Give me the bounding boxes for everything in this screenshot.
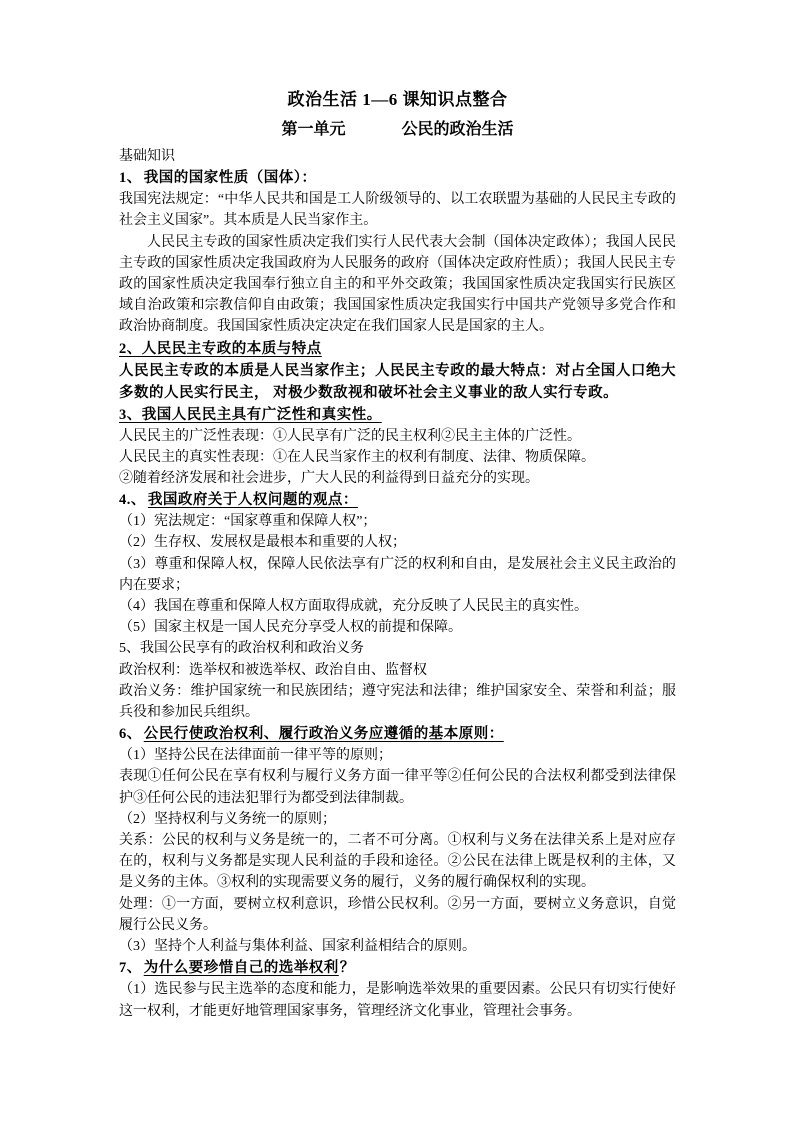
- paragraph-text: 3、我国人民民主具有广泛性和真实性。: [119, 407, 382, 423]
- paragraph-text: （5）国家主权是一国人民充分享受人权的前提和保障。: [119, 620, 462, 635]
- unit-heading-right: 公民的政治生活: [402, 119, 514, 141]
- paragraph: 人民民主的真实性表现：①在人民当家作主的权利有制度、法律、物质保障。: [119, 447, 676, 468]
- section-number: 7、: [119, 960, 142, 976]
- paragraph-text: 基础知识: [119, 149, 175, 164]
- paragraph: （4）我国在尊重和保障人权方面取得成就，充分反映了人民民主的真实性。: [119, 596, 676, 617]
- section-number: 6、: [119, 726, 142, 742]
- paragraph-text: 人民民主专政的本质是人民当家作主；人民民主专政的最大特点：对占全国人口绝大多数的…: [119, 363, 676, 401]
- paragraph: （1）选民参与民主选举的态度和能力，是影响选举效果的重要因素。公民只有切实行使好…: [119, 979, 676, 1021]
- paragraph-text: 政治义务：维护国家统一和民族团结；遵守宪法和法律；维护国家安全、荣誉和利益；服兵…: [119, 684, 676, 720]
- paragraph-text: （2）坚持权利与义务统一的原则；: [119, 812, 336, 827]
- paragraph: （2）生存权、发展权是最根本和重要的人权；: [119, 532, 676, 553]
- paragraph-text: （1）宪法规定：“国家尊重和保障人权”；: [119, 514, 376, 529]
- paragraph: 处理：①一方面，要树立权利意识，珍惜公民权利。②另一方面，要树立义务意识，自觉履…: [119, 894, 676, 936]
- paragraph-text: ②随着经济发展和社会进步，广大人民的利益得到日益充分的实现。: [119, 471, 539, 486]
- document-title: 政治生活 1—6 课知识点整合: [119, 88, 676, 112]
- section-heading: 2、人民民主专政的本质与特点: [119, 338, 676, 360]
- paragraph: 人民民主专政的国家性质决定我们实行人民代表大会制（国体决定政体）；我国人民民主专…: [119, 232, 676, 338]
- paragraph: （1）坚持公民在法律面前一律平等的原则；: [119, 745, 676, 766]
- paragraph-text: 为什么要珍惜自己的选举权利: [144, 960, 339, 976]
- paragraph: （3）坚持个人利益与集体利益、国家利益相结合的原则。: [119, 936, 676, 957]
- paragraph: ②随着经济发展和社会进步，广大人民的利益得到日益充分的实现。: [119, 468, 676, 489]
- paragraph: 表现①任何公民在享有权利与履行义务方面一律平等②任何公民的合法权利都受到法律保护…: [119, 766, 676, 808]
- unit-heading: 第一单元 公民的政治生活: [119, 119, 676, 141]
- paragraph-text: （1）选民参与民主选举的态度和能力，是影响选举效果的重要因素。公民只有切实行使好…: [119, 982, 676, 1018]
- paragraph-text: 表现①任何公民在享有权利与履行义务方面一律平等②任何公民的合法权利都受到法律保护…: [119, 769, 676, 805]
- section-heading: 7、为什么要珍惜自己的选举权利？: [119, 957, 676, 979]
- section-number: 4.、: [119, 492, 146, 508]
- paragraph-text: 5、我国公民享有的政治权利和政治义务: [119, 641, 364, 656]
- paragraph: 人民民主专政的本质是人民当家作主；人民民主专政的最大特点：对占全国人口绝大多数的…: [119, 360, 676, 404]
- paragraph-text: 人民民主的广泛性表现：①人民享有广泛的民主权利②民主主体的广泛性。: [119, 429, 581, 444]
- paragraph-text: （1）坚持公民在法律面前一律平等的原则；: [119, 748, 392, 763]
- paragraph: （5）国家主权是一国人民充分享受人权的前提和保障。: [119, 617, 676, 638]
- paragraph: 基础知识: [119, 146, 676, 167]
- paragraph-text: 我国宪法规定：“中华人民共和国是工人阶级领导的、以工农联盟为基础的人民民主专政的…: [119, 192, 676, 228]
- paragraph-text: （3）坚持个人利益与集体利益、国家利益相结合的原则。: [119, 939, 476, 954]
- paragraph: 政治义务：维护国家统一和民族团结；遵守宪法和法律；维护国家安全、荣誉和利益；服兵…: [119, 681, 676, 723]
- paragraph: （3）尊重和保障人权，保障人民依法享有广泛的权利和自由，是发展社会主义民主政治的…: [119, 554, 676, 596]
- document-body: 基础知识1、我国的国家性质（国体）：我国宪法规定：“中华人民共和国是工人阶级领导…: [119, 146, 676, 1022]
- paragraph: 关系：公民的权利与义务是统一的，二者不可分离。①权利与义务在法律关系上是对应存在…: [119, 830, 676, 894]
- paragraph-text: 我国政府关于人权问题的观点：: [148, 492, 358, 508]
- paragraph: 我国宪法规定：“中华人民共和国是工人阶级领导的、以工农联盟为基础的人民民主专政的…: [119, 189, 676, 231]
- paragraph: （2）坚持权利与义务统一的原则；: [119, 809, 676, 830]
- section-heading: 4.、我国政府关于人权问题的观点：: [119, 489, 676, 511]
- paragraph-text: 关系：公民的权利与义务是统一的，二者不可分离。①权利与义务在法律关系上是对应存在…: [119, 833, 676, 890]
- document-content: 政治生活 1—6 课知识点整合 第一单元 公民的政治生活 基础知识1、我国的国家…: [0, 0, 794, 1022]
- paragraph-text: 人民民主专政的国家性质决定我们实行人民代表大会制（国体决定政体）；我国人民民主专…: [119, 235, 676, 335]
- paragraph: 人民民主的广泛性表现：①人民享有广泛的民主权利②民主主体的广泛性。: [119, 426, 676, 447]
- paragraph-text: 政治权利：选举权和被选举权、政治自由、监督权: [119, 663, 427, 678]
- paragraph-text: （4）我国在尊重和保障人权方面取得成就，充分反映了人民民主的真实性。: [119, 599, 588, 614]
- paragraph-text: （2）生存权、发展权是最根本和重要的人权；: [119, 535, 406, 550]
- section-heading: 3、我国人民民主具有广泛性和真实性。: [119, 404, 676, 426]
- heading-tail: ？: [340, 960, 355, 976]
- paragraph-text: 处理：①一方面，要树立权利意识，珍惜公民权利。②另一方面，要树立义务意识，自觉履…: [119, 897, 676, 933]
- unit-heading-left: 第一单元: [281, 119, 345, 141]
- document-page: 政治生活 1—6 课知识点整合 第一单元 公民的政治生活 基础知识1、我国的国家…: [0, 0, 794, 1123]
- paragraph-text: 人民民主的真实性表现：①在人民当家作主的权利有制度、法律、物质保障。: [119, 450, 595, 465]
- paragraph: 政治权利：选举权和被选举权、政治自由、监督权: [119, 660, 676, 681]
- paragraph-text: （3）尊重和保障人权，保障人民依法享有广泛的权利和自由，是发展社会主义民主政治的…: [119, 557, 676, 593]
- paragraph: 5、我国公民享有的政治权利和政治义务: [119, 638, 676, 659]
- paragraph: （1）宪法规定：“国家尊重和保障人权”；: [119, 511, 676, 532]
- paragraph-text: 公民行使政治权利、履行政治义务应遵循的基本原则：: [144, 726, 504, 742]
- paragraph-text: 我国的国家性质（国体）：: [144, 170, 317, 186]
- section-heading: 1、我国的国家性质（国体）：: [119, 167, 676, 189]
- section-number: 1、: [119, 170, 142, 186]
- section-heading: 6、公民行使政治权利、履行政治义务应遵循的基本原则：: [119, 723, 676, 745]
- paragraph-text: 2、人民民主专政的本质与特点: [119, 341, 322, 357]
